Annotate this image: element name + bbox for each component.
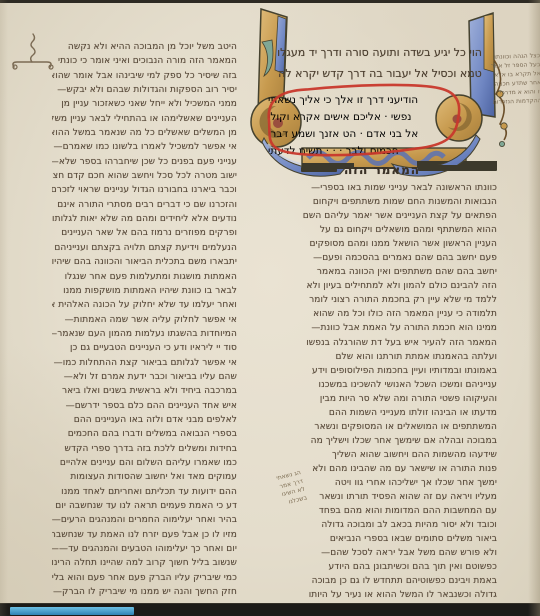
text-line: אי אפשר לחלוק עליה אשר שמה האמתות— (52, 313, 237, 327)
text-line: תלמודה כי עניין המאמר הזה כולו וכל מה שה… (298, 307, 497, 321)
text-line: שנשוב בליל חשוך קרוב למה שהיינו תחלה הרי… (52, 556, 237, 570)
text-line: האמתות מושגות ומתעלמות פעם אחר שנגלו (52, 270, 237, 284)
text-line: יחשב בהם שהם משתתפים ואין הכוונה במאמר (298, 265, 497, 279)
text-line: הנבואות והמשנות החם שמות משתתפים ויקחום (298, 195, 497, 209)
text-column-right: כוונתו הראשונה לבאר ענייני שמות באו בספר… (298, 181, 497, 602)
text-line: יסיר רוב הספקות והגדולות שבהם ולא יבקש— (52, 83, 237, 97)
text-line: עמוקים מאד ואל יחשוב שהסודות העצומות (52, 470, 237, 484)
text-line: ההוא המשתתף ומהם מושאלים ויקחום גם על (298, 223, 497, 237)
quire-mark-icon (10, 26, 56, 76)
heading-rule-right (418, 165, 497, 171)
text-line: מעליו ויראה עם זה שהוא הפסיד תורתו ונשאר (298, 490, 497, 504)
text-line: כמי שיבריק עליו הברק פעם אחר פעם והוא בל… (52, 571, 237, 585)
text-line: ענייניהם ומשכו השכל האנושי להשכינו במשכנ… (298, 378, 497, 392)
text-line: והעיקוהו פשטי התורה ומה שלא סר היות מבין (298, 392, 497, 406)
text-line: היטב משל יוכל מן המבוכה ההיא ולא נקשה (52, 40, 237, 54)
text-line: מדעתו או הבינהו זולתו מענייני השמות ההם (298, 406, 497, 420)
text-line: פעם יחשב בהם שהם נאמרים בהסכמה ופעם— (298, 251, 497, 265)
text-line: פנות התורה או שישאר עם מה שהבינו מהם ולא (298, 462, 497, 476)
text-line: ממני המשכיל ולא ייחל שאני כשאזכור עניין … (52, 97, 237, 111)
text-line: יום ואחר כך יעלימוהו הטבעים והמנהגים עד—… (52, 542, 237, 556)
manuscript-page: הוי כל יגיע בשדה ותועה סורה ודרך יד מעגל… (0, 0, 540, 616)
text-line: שהם עליו בביאור וכבר ידעת אמרם זל ולא— (52, 370, 237, 384)
text-line: כפשוטם ואין תוך בהם וכשיתבונן בהם היודע (298, 560, 497, 574)
panel-epigraph: הוי כל יגיע בשדה ותועה סורה ודרך יד מעגל… (278, 42, 482, 84)
text-line: באמונתו ובמדותיו ועיין בחכמות הפילוסופים… (298, 364, 497, 378)
text-line: כמו שאמרו עליהם השלום והם עניינים אלהיים (52, 456, 237, 470)
text-line: והזכרנו שם כי דברים רבים מסתרי התורה אינ… (52, 198, 237, 212)
text-line: נודעים אלא ליחידים ומהם מה שלא יאות לגלו… (52, 212, 237, 226)
text-line: גדולה וכשנבאר לו המשל ההוא או נעיר על הי… (298, 588, 497, 602)
text-line: המיוחדות בהשגתו נעלמות מהמון העם שנאמר— (52, 327, 237, 341)
text-line: ישוב מטרה לכל סכל ויחשב שהוא חכם קדם חצו (52, 169, 237, 183)
text-line: המאמר הזה להעיר איש בעל דת שהורגלה בנפשו (298, 336, 497, 350)
heading-rule-left (301, 167, 337, 172)
text-line: כוונתו הראשונה לבאר ענייני שמות באו בספר… (298, 181, 497, 195)
red-annotation-oval (255, 79, 471, 166)
text-line: העניין הראשון אשר הושאל ממנו ומהם מסופקי… (298, 237, 497, 251)
text-line: העניינים שאשלימהו או בהתחילי לבאר עניין … (52, 112, 237, 126)
text-column-left: היטב משל יוכל מן המבוכה ההיא ולא נקשההמא… (52, 40, 237, 599)
viewer-bottom-bar (0, 603, 540, 616)
text-line: לאלפים מבני אדם ולזה באו העניינים ההם (52, 413, 237, 427)
text-line: אי אפשר לגלותם בביאור קצת ההתחלות כמו— (52, 356, 237, 370)
text-line: ולא פורש שהם משל אבל יראה לסכל שהם— (298, 546, 497, 560)
text-line: ללמד מי שלא עיין רק בחכמת התורה רצוני לו… (298, 293, 497, 307)
text-line: מזיו לו כן אבל פעם יזרח לנו האמת עד שנחש… (52, 528, 237, 542)
text-line: במבוכה ובהלה אם שימשך אחר שכלו וישליך מה (298, 434, 497, 448)
text-line: מן המשלים שאשלים כל מה שנאמר במשל ההוא (52, 126, 237, 140)
text-line: אי אפשר למשכיל לאמרו בלשונו כמו שאמרם— (52, 140, 237, 154)
text-line: ביאור משלים סתומים שבאו בספרי הנביאים (298, 532, 497, 546)
text-line: הזה להבינם כולם להמון ולא למתחילים בעיון… (298, 279, 497, 293)
text-line: איש אחד העניינים ההם כלם בספר ידרשם— (52, 399, 237, 413)
text-line: וכובד ולא יסור מהיות בכאב לב ומבוכה גדול… (298, 518, 497, 532)
text-line: בחידות ומשלים ללכת בזה בדרך ספרי הקדש (52, 442, 237, 456)
text-line: דע כי האמת פעמים תראה לנו עד שנחשבה יום (52, 499, 237, 513)
text-line: ההם ידועות עד תכליתם ואחריתם לאחד ממנו (52, 485, 237, 499)
text-line: ואחר יעלמו עד שלא יחלוק על הכונה האלהית … (52, 298, 237, 312)
text-line: הפתאים על קצת העניינים אשר יאמר עליהם הש… (298, 209, 497, 223)
scrollbar-thumb[interactable] (10, 607, 134, 615)
text-line: ופרקים מפוזרים נרמוז בהם אל שאר העניינים (52, 226, 237, 240)
text-line: ענייני פעם בפנים כל שכן שיחברהו בספר שלא… (52, 155, 237, 169)
text-line: ימשך אחר שכלו אך ישליכהו אחרי גוו ויטה (298, 476, 497, 490)
text-line: וכבר ביארנו בחבורנו הגדול עניינים שראוי … (52, 183, 237, 197)
text-line: ההקדמות הנזכרות (492, 96, 540, 107)
text-line: בספרי הנבואה במשלים ודברו בהם החכמים (52, 427, 237, 441)
text-line: ועלתה בהאמנתו אמתת תורתנו והוא שלם (298, 350, 497, 364)
text-line: המאמר הזה מורה הנבוכים ואיני אומר כי כונ… (52, 54, 237, 68)
section-heading: המאמר הזה (338, 163, 426, 178)
text-line: הוי כל יגיע בשדה ותועה סורה ודרך יד מעגל… (278, 42, 482, 63)
text-line: הנעלמים וידיעת קצתם תלויה בקצתם וענייניה… (52, 241, 237, 255)
text-line: ממינו הוא חכמת התורה על האמת אבל כוונת— (298, 321, 497, 335)
text-line: שידעהו מהשמות ההם ויחשוב שהוא השליך (298, 448, 497, 462)
text-line: סוד יי ליראיו ודע כי העניינים הטבעיים גם… (52, 341, 237, 355)
text-line: באמת ויבינם כפשוטיהם תתחדש לו גם כן מבוכ… (298, 574, 497, 588)
text-line: בזה שיסיר כל ספק למי שיבינהו אבל אומר שה… (52, 69, 237, 83)
text-line: יתבארו משם בתכלית הביאור והכוונה בהם שיה… (52, 255, 237, 269)
margin-note-right: כצל הגהה וכוונתובעל הספר זל אמראל תקרא ב… (490, 51, 540, 107)
text-line: בהיר ואחר יעלימוה החמרים והמנהגים הרעים— (52, 513, 237, 527)
text-line: במרכבה ביחיד ולא בראשית בשנים ואלו ביאר (52, 384, 237, 398)
text-line: חזק החשך והנה יש ממנו מי שיבריק לו הברק— (52, 585, 237, 599)
text-line: לבאר בו כוונת שיהיו האמתות מושקפות ממנו (52, 284, 237, 298)
text-line: המשתתפים או המושאלים או המסופקים ונשאר (298, 420, 497, 434)
text-line: עם המחשבות ההם המדומות והוא מהם בפחד (298, 504, 497, 518)
